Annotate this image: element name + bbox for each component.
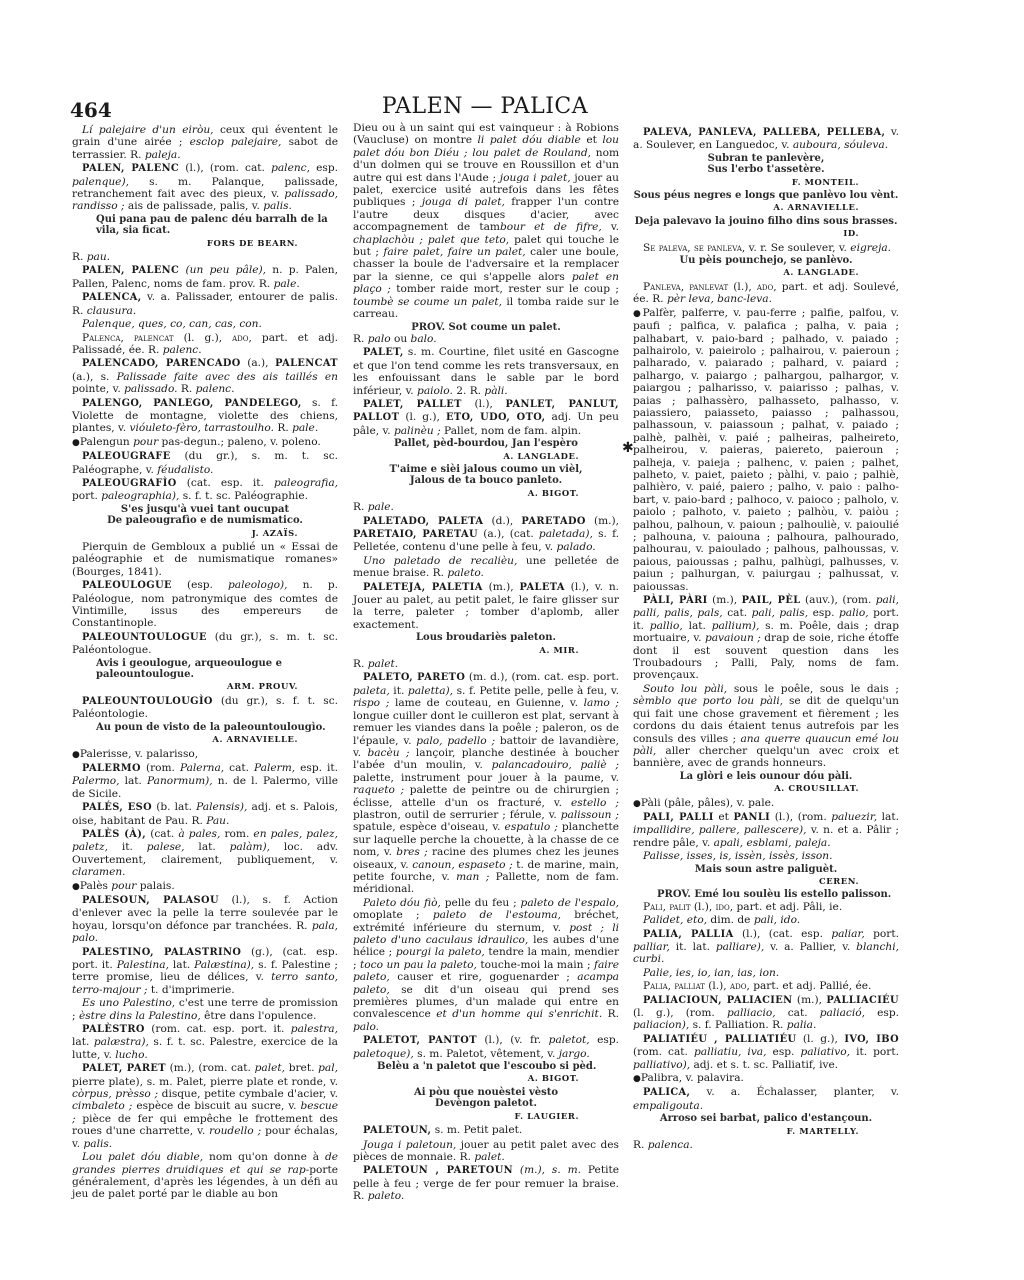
italic-text: paliacion),	[633, 1019, 689, 1031]
italic-text: palenc,	[271, 162, 310, 174]
body-text: et	[581, 134, 603, 146]
italic-text: palissoun ;	[561, 809, 619, 821]
citation-quote: T'aime e sièi jalous coumo un vièl,Jalou…	[353, 464, 619, 487]
citation-author: A. ARNAVIELLE.	[72, 733, 338, 745]
body-text: R.	[353, 333, 368, 345]
dictionary-entry: PALEN, PALENC (l.), (rom. cat. palenc, e…	[72, 162, 338, 213]
headword: PALESOUN, PALASOU	[82, 895, 219, 906]
dictionary-entry: Pierquin de Gembloux a publié un « Essai…	[72, 541, 338, 578]
italic-text: paliació,	[820, 1007, 865, 1019]
body-text: (m.),	[586, 515, 619, 527]
smallcaps-text: ido,	[716, 901, 733, 913]
italic-text: palissado.	[124, 383, 177, 395]
body-text: (d.),	[483, 515, 521, 527]
headword: IVO, IBO	[844, 1034, 899, 1045]
dictionary-entry: PALIA, PALLIA (l.), (cat. esp. paliar, p…	[633, 928, 899, 966]
italic-text: pau.	[87, 251, 110, 263]
body-text: s. m. Paletot, vêtement, v.	[414, 1048, 559, 1060]
running-head: PALEN — PALICA	[340, 94, 630, 119]
body-text: Palengun	[80, 436, 133, 448]
citation-quote: Au poun de visto de la paleountoulougìo.	[72, 722, 338, 733]
italic-text: Palerm,	[254, 762, 295, 774]
italic-text: palliatiu, iva,	[694, 1046, 767, 1058]
italic-text: canoun, espaseto ;	[412, 859, 512, 871]
headword: PALEOUNTOULOUGÌO	[82, 696, 213, 707]
italic-text: jouga di palet,	[422, 196, 505, 208]
body-text: cat.	[776, 1007, 820, 1019]
italic-text: (m.), s. m.	[513, 1164, 581, 1176]
italic-text: Palermo,	[72, 775, 119, 787]
italic-text: bacèu ;	[367, 747, 409, 759]
italic-text: et d'un homme qui s'enrichit.	[436, 1008, 602, 1020]
italic-text: cimbaleto ;	[72, 1100, 132, 1112]
italic-text: clausura.	[87, 305, 136, 317]
italic-text: Jouga i paletoun,	[363, 1139, 456, 1151]
headword: PALEN, PALENC	[82, 265, 179, 276]
dictionary-entry: PALIATIÉU , PALLIATIÉU (l. g.), IVO, IBO…	[633, 1033, 899, 1071]
body-text: (l.), (v. fr.	[477, 1034, 549, 1046]
dictionary-entry: Jouga i paletoun, jouer au petit palet a…	[353, 1139, 619, 1164]
body-text: (l.),	[691, 901, 716, 913]
italic-text: Panormum),	[147, 775, 213, 787]
body-text: Pàli (pâle, pâles), v. pale.	[641, 797, 774, 809]
citation-author: F. MARTELLY.	[633, 1125, 899, 1137]
dictionary-entry: Palisse, isses, is, issèn, issès, isson.	[633, 850, 899, 862]
body-text: port.	[865, 928, 899, 940]
headword: PALENCAT	[275, 358, 338, 369]
body-text: it. port.	[850, 1046, 899, 1058]
citation-author: FORS DE BEARN.	[72, 237, 338, 249]
italic-text: lucho.	[115, 1049, 148, 1061]
italic-text: còrpus, prèsso ;	[72, 1088, 158, 1100]
italic-text: Palisse, isses, is, issèn, issès, isson.	[643, 850, 833, 862]
smallcaps-text: Panleva, panlevat	[643, 281, 728, 293]
italic-text: pal,	[318, 1062, 338, 1074]
italic-text: paleja.	[145, 149, 181, 161]
citation-author: A. MIR.	[353, 644, 619, 656]
headword: PALÈS (À),	[82, 829, 146, 840]
headword: PANLI	[733, 812, 770, 823]
dictionary-entry: PALETO, PARETO (m. d.), (rom. cat. esp. …	[353, 671, 619, 895]
body-text: (rom. cat.	[633, 1046, 694, 1058]
body-text: (l.),	[462, 398, 506, 410]
italic-text: pèr leva, banc-leva.	[667, 293, 772, 305]
body-text: aller chercher quelqu'un avec croix et b…	[633, 745, 899, 769]
dictionary-entry: Palie, ies, io, ian, ias, ion.	[633, 967, 899, 979]
citation-quote: Avis i geoulogue, arqueoulogue e paleoun…	[72, 658, 338, 681]
body-text: (m. d.), (rom. cat. esp. port.	[465, 671, 619, 683]
italic-text: pourgi la paleto,	[396, 946, 485, 958]
column-left: Lí palejaire d'un eiròu, ceux qui évente…	[72, 124, 338, 1202]
italic-text: paletada),	[539, 528, 593, 540]
body-text: cat.	[723, 607, 752, 619]
italic-text: palet,	[255, 1062, 285, 1074]
italic-text: Palensis),	[196, 801, 247, 813]
body-text: v. a. Échalasser, planter, v.	[690, 1086, 899, 1098]
italic-text: pale.	[274, 278, 300, 290]
body-text: esp.	[310, 162, 338, 174]
italic-text: pale.	[292, 422, 318, 434]
dictionary-entry: PALEOULOGUE (esp. paleologo), n. p. Palé…	[72, 579, 338, 630]
dictionary-entry: PALEOUGRAFE (du gr.), s. m. t. sc. Paléo…	[72, 450, 338, 476]
italic-text: palinèu ;	[394, 425, 441, 437]
body-text: (l.), (cat. esp.	[734, 928, 832, 940]
body-text: (l.),	[728, 281, 757, 293]
body-text: R.	[353, 658, 368, 670]
citation-quote: Deja palevavo la jouino filho dins sous …	[633, 216, 899, 227]
body-text: R.	[72, 251, 87, 263]
bullet-entry: Palès pour palais.	[72, 880, 338, 893]
italic-text: faire palet, faire un palet,	[383, 246, 525, 258]
dictionary-entry: PALESTINO, PALASTRINO (g.), (cat. esp. p…	[72, 946, 338, 997]
headword: PALIACIOUN, PALIACIEN	[643, 995, 793, 1006]
dictionary-entry: PALET, PALLET (l.), PANLET, PANLUT, PALL…	[353, 398, 619, 437]
headword: PALETOT, PANTOT	[363, 1035, 477, 1046]
dictionary-entry: Lí palejaire d'un eiròu, ceux qui évente…	[72, 124, 338, 161]
italic-text: palet.	[474, 1151, 504, 1163]
body-text: lat.	[119, 775, 147, 787]
dictionary-entry: Se paleva, se panleva, v. r. Se soulever…	[633, 242, 899, 254]
italic-text: paleto.	[368, 1190, 405, 1202]
citation-author: J. AZAÏS.	[72, 527, 338, 539]
body-text: omoplate ;	[353, 909, 433, 921]
headword: PALETA	[519, 582, 564, 593]
headword: PALEOUNTOULOGUE	[82, 632, 207, 643]
body-text: (m.), (rom. cat.	[166, 1062, 255, 1074]
dictionary-entry: Lou palet dóu diable, nom qu'on donne à …	[72, 1151, 338, 1201]
headword: PARETADO	[521, 516, 585, 527]
citation-author: A. LANGLADE.	[353, 450, 619, 462]
italic-text: palenca.	[648, 1139, 693, 1151]
italic-text: Paleto dóu fiò,	[363, 897, 441, 909]
page-number: 464	[70, 98, 112, 122]
dictionary-entry: PALETOUN, s. m. Petit palet.	[353, 1124, 619, 1137]
body-text: v. a. Pallier, v.	[764, 941, 856, 953]
italic-text: palet.	[368, 658, 398, 670]
body-text: part. et adj. Pâli, ie.	[733, 901, 842, 913]
headword: PALEOULOGUE	[82, 580, 172, 591]
body-text: cat.	[224, 762, 254, 774]
smallcaps-text: ado,	[730, 980, 750, 992]
body-text: esp.	[808, 607, 839, 619]
headword: PALETOUN,	[363, 1125, 431, 1136]
dictionary-entry: PALICA, v. a. Échalasser, planter, v. em…	[633, 1086, 899, 1112]
italic-text: paleta,	[353, 685, 390, 697]
dictionary-entry: PALERMO (rom. Palerna, cat. Palerm, esp.…	[72, 762, 338, 800]
body-text: Palibra, v. palavira.	[641, 1072, 744, 1084]
body-text: (cat.	[146, 828, 178, 840]
italic-text: palo, padello ;	[416, 735, 495, 747]
citation-quote: Arroso sei barbat, palico d'estançoun.	[633, 1113, 899, 1124]
dictionary-entry: Palenque, ques, co, can, cas, con.	[72, 318, 338, 330]
headword: PALENCADO, PARENCADO	[82, 358, 241, 369]
headword: PALET,	[363, 347, 404, 358]
italic-text: sèmblo que porto lou pàli,	[633, 695, 783, 707]
dictionary-entry: R. palenca.	[633, 1139, 899, 1151]
body-text: (l.),	[705, 980, 730, 992]
italic-text: raqueto ;	[353, 784, 404, 796]
italic-text: palia.	[787, 1019, 817, 1031]
dictionary-entry: R. palo ou balo.	[353, 333, 619, 345]
bullet-entry: Palerisse, v. palarisso,	[72, 748, 338, 761]
body-text: s. f. Petite pelle, pelle à feu, v.	[453, 685, 619, 697]
italic-text: pale.	[368, 501, 394, 513]
headword: PALETADO, PALETA	[363, 516, 483, 527]
italic-text: bour et de fifre,	[500, 221, 602, 233]
body-text: spatule, espèce d'oiseau, v.	[353, 821, 505, 833]
body-text: dim. de	[707, 914, 754, 926]
smallcaps-text: Se paleva, se panleva,	[643, 242, 745, 254]
column-right: PALEVA, PANLEVA, PALLEBA, PELLEBA, v. a.…	[633, 126, 899, 1153]
body-text: causer et rire, goguenarder ;	[390, 971, 578, 983]
body-text: (l. g.),	[796, 1033, 844, 1045]
body-text: (cat. esp. it.	[177, 477, 274, 489]
body-text: Pallet, nom de fam. alpin.	[441, 425, 582, 437]
body-text: (m.),	[483, 581, 520, 593]
body-text: palais.	[136, 880, 174, 892]
italic-text: palo	[368, 333, 391, 345]
italic-text: rispo ;	[353, 697, 389, 709]
citation-author: ARM. PROUV.	[72, 680, 338, 692]
body-text: (l. g.),	[399, 411, 446, 423]
body-text: v.	[602, 221, 619, 233]
body-text: (m.),	[708, 594, 742, 606]
body-text: lame de couteau, en Guienne, v.	[389, 697, 583, 709]
dictionary-entry: R. palet.	[353, 658, 619, 670]
body-text: (rom.	[141, 762, 180, 774]
body-text: s. f. Palliation. R.	[689, 1019, 787, 1031]
dictionary-entry: PALET, s. m. Courtine, filet usité en Ga…	[353, 346, 619, 397]
italic-text: paliativo,	[800, 1046, 850, 1058]
dictionary-entry: Palidet, eto, dim. de pali, ido.	[633, 914, 899, 926]
body-text: Palerisse, v. palarisso,	[80, 748, 198, 760]
italic-text: eigreja.	[850, 242, 891, 254]
citation-author: A. ARNAVIELLE.	[633, 201, 899, 213]
dictionary-entry: PALIACIOUN, PALIACIEN (m.), PALLIACIÉU (…	[633, 994, 899, 1032]
body-text: (a.),	[241, 357, 275, 369]
citation-quote: PROV. Sot coume un palet.	[353, 322, 619, 333]
italic-text: Es uno Palestino,	[82, 997, 175, 1009]
column-middle: Dieu ou à un saint qui est vainqueur : à…	[353, 122, 619, 1204]
body-text: esp.	[590, 1034, 619, 1046]
dictionary-entry: PALET, PARET (m.), (rom. cat. palet, bre…	[72, 1062, 338, 1150]
headword: PALÉS, ESO	[82, 802, 152, 813]
body-text: (rom. cat. esp. port. it.	[145, 1023, 291, 1035]
italic-text: li palet dóu diable	[478, 134, 581, 146]
italic-text: Pau.	[206, 815, 229, 827]
body-text: pelle du feu ;	[441, 897, 521, 909]
italic-text: pour	[111, 880, 136, 892]
body-text: R.	[353, 501, 368, 513]
body-text: pointe, v.	[72, 383, 124, 395]
dictionary-entry: PALENCA, v. a. Palissader, entourer de p…	[72, 291, 338, 317]
body-text: nom qu'on donne à	[203, 1151, 325, 1163]
dictionary-entry: PALI, PALLI et PANLI (l.), (rom. paluezi…	[633, 811, 899, 849]
italic-text: Lou palet dóu diable,	[82, 1151, 203, 1163]
body-text: it.	[108, 841, 147, 853]
body-text: (a.), s.	[72, 371, 117, 383]
dictionary-entry: PALEOUNTOULOUGÌO (du gr.), s. f. t. sc. …	[72, 695, 338, 721]
headword: PALESTINO, PALASTRINO	[82, 947, 241, 958]
body-text: it. lat.	[670, 941, 716, 953]
dictionary-entry: Es uno Palestino, c'est une terre de pro…	[72, 997, 338, 1022]
italic-text: palo.	[353, 1021, 379, 1033]
dictionary-entry: PALÈS (À), (cat. à pales, rom. en pales,…	[72, 828, 338, 879]
body-text: ou	[391, 333, 411, 345]
italic-text: auboura, sóuleva.	[793, 139, 888, 151]
body-text: être dans l'opulence.	[201, 1010, 317, 1022]
italic-text: paleto.	[447, 567, 484, 579]
italic-text: empaligouta.	[633, 1100, 703, 1112]
dictionary-entry: PÀLI, PÀRI (m.), PAIL, PÈL (auv.), (rom.…	[633, 594, 899, 682]
body-text: adj. et s. t. sc. Palliatif, ive.	[690, 1059, 838, 1071]
dictionary-entry: PALENCADO, PARENCADO (a.), PALENCAT (a.)…	[72, 357, 338, 395]
headword: PALET, PARET	[82, 1063, 166, 1074]
italic-text: Souto lou pàli,	[643, 683, 727, 695]
headword: PALEN, PALENC	[82, 163, 179, 174]
citation-quote: PROV. Emé lou soulèu lis estello palisso…	[633, 889, 899, 900]
body-text: lat.	[72, 1036, 94, 1048]
headword: PALI, PALLI	[643, 812, 714, 823]
headword: PALÈSTRO	[82, 1024, 145, 1035]
italic-text: palàm),	[230, 841, 270, 853]
italic-text: palenc.	[163, 344, 202, 356]
body-text: v. r. Se soulever, v.	[745, 242, 850, 254]
headword: PALETOUN , PARETOUN	[363, 1165, 513, 1176]
body-text: (l. g.),	[174, 332, 233, 344]
smallcaps-text: ado,	[232, 332, 252, 344]
italic-text: pour	[133, 436, 158, 448]
italic-text: paletta),	[408, 685, 453, 697]
headword: PALERMO	[82, 763, 141, 774]
body-text: rom.	[220, 828, 253, 840]
italic-text: palestra,	[291, 1023, 338, 1035]
italic-text: man ;	[456, 871, 489, 883]
headword: PALLIACIÉU	[826, 995, 899, 1006]
headword: PARETAIO, PARETAU	[353, 529, 478, 540]
italic-text: pallio,	[650, 620, 683, 632]
italic-text: paleologo),	[228, 579, 288, 591]
body-text: (a.), (cat.	[478, 528, 539, 540]
body-text: esp.	[767, 1046, 801, 1058]
italic-text: paleto de l'espalo,	[521, 897, 619, 909]
headword: PALEOUGRAFÌO	[82, 478, 177, 489]
smallcaps-text: ado,	[757, 281, 777, 293]
body-text: tomber raide mort, rester sur le coup ;	[391, 283, 619, 295]
citation-author: A. LANGLADE.	[633, 266, 899, 278]
dictionary-entry: PALEVA, PANLEVA, PALLEBA, PELLEBA, v. a.…	[633, 126, 899, 152]
body-text: it.	[390, 685, 408, 697]
italic-text: pavaioun ;	[705, 632, 761, 644]
italic-text: palis.	[263, 200, 292, 212]
headword: PALET, PALLET	[363, 399, 462, 410]
headword: PALENCA,	[82, 292, 142, 303]
body-text: touche-moi la main ;	[477, 959, 594, 971]
smallcaps-text: Palenca, palencat	[82, 332, 174, 344]
dictionary-entry: Panleva, panlevat (l.), ado, part. et ad…	[633, 281, 899, 306]
body-text: sous le poêle, sous le dais ;	[727, 683, 899, 695]
citation-author: ID.	[633, 227, 899, 239]
headword: PALEVA, PANLEVA, PALLEBA, PELLEBA,	[643, 127, 885, 138]
dictionary-entry: Palia, palliat (l.), ado, part. et adj. …	[633, 980, 899, 992]
citation-author: F. MONTEIL.	[633, 176, 899, 188]
smallcaps-text: Palia, palliat	[643, 980, 705, 992]
body-text: esp.	[865, 1007, 899, 1019]
italic-text: Uno paletado de recalièu,	[363, 555, 517, 567]
body-text: et	[714, 811, 734, 823]
dictionary-entry: PALÈSTRO (rom. cat. esp. port. it. pales…	[72, 1023, 338, 1061]
body-text: lat.	[169, 959, 194, 971]
headword: PALETEJA, PALETIA	[363, 582, 483, 593]
bullet-entry: Palfèr, palferre, v. pau-ferre ; palfie,…	[633, 307, 899, 593]
italic-text: toco un pau la paleto,	[360, 959, 477, 971]
italic-text: Palie, ies, io, ian, ias, ion.	[643, 967, 779, 979]
italic-text: pali, ido.	[754, 914, 800, 926]
body-text: Palès	[80, 880, 111, 892]
citation-quote: Uu pèis pounchejo, se panlèvo.	[633, 255, 899, 266]
italic-text: Palestina,	[117, 959, 169, 971]
body-text: Palfèr, palferre, v. pau-ferre ; palfie,…	[633, 307, 899, 593]
dictionary-entry: Paleto dóu fiò, pelle du feu ; paleto de…	[353, 897, 619, 1033]
body-text: R.	[274, 422, 292, 434]
dictionary-entry: PALEN, PALENC (un peu pâle), n. p. Palen…	[72, 264, 338, 290]
body-text: pierre plate), s. m. Palet, pierre plate…	[72, 1076, 338, 1088]
italic-text: Lí palejaire d'un eiròu,	[82, 124, 214, 136]
citation-author: A. BIGOT.	[353, 487, 619, 499]
italic-text: palæstra),	[94, 1036, 149, 1048]
body-text: (l.), (rom.	[770, 811, 831, 823]
citation-quote: Sous péus negres e longs que panlèvo lou…	[633, 190, 899, 201]
italic-text: paleografia,	[274, 477, 338, 489]
italic-text: pallium),	[712, 620, 760, 632]
italic-text: balo.	[411, 333, 437, 345]
body-text: bret.	[285, 1062, 318, 1074]
italic-text: lamo ;	[584, 697, 619, 709]
italic-text: èstre dins la Palestino,	[79, 1010, 201, 1022]
dictionary-entry: PALETOUN , PARETOUN (m.), s. m. Petite p…	[353, 1164, 619, 1202]
headword: PÀLI, PÀRI	[643, 595, 708, 606]
italic-text: palenque),	[72, 176, 129, 188]
body-text: (auv.), (rom.	[801, 594, 876, 606]
headword: PALIA, PALLIA	[643, 929, 734, 940]
body-text: lat.	[877, 811, 899, 823]
italic-text: toumbè se coume un palet,	[353, 296, 502, 308]
italic-text: impallidire, pallere, pallescere),	[633, 824, 807, 836]
bullet-entry: Pàli (pâle, pâles), v. pale.	[633, 797, 899, 810]
citation-author: A. CROUSILLAT.	[633, 782, 899, 794]
body-text: 2. R.	[453, 385, 485, 397]
dictionary-entry: PALETADO, PALETA (d.), PARETADO (m.), PA…	[353, 515, 619, 554]
italic-text: Palæstina),	[194, 959, 254, 971]
body-text: (l. g.), (rom.	[633, 1007, 727, 1019]
headword: PAIL, PÈL	[742, 595, 801, 606]
dictionary-entry: PALETOT, PANTOT (l.), (v. fr. paletot, e…	[353, 1034, 619, 1060]
italic-text: féudalisto.	[157, 464, 213, 476]
bullet-entry: Palengun pour pas-degun.; paleno, v. pol…	[72, 436, 338, 449]
italic-text: Palidet, eto,	[643, 914, 707, 926]
dictionary-entry: PALETEJA, PALETIA (m.), PALETA (l.), v. …	[353, 581, 619, 632]
italic-text: paliar,	[831, 928, 864, 940]
dictionary-entry: PALEOUGRAFÌO (cat. esp. it. paleografia,…	[72, 477, 338, 503]
italic-text: palliativo),	[633, 1059, 690, 1071]
body-text: (b. lat.	[152, 801, 196, 813]
italic-text: Palerna,	[180, 762, 224, 774]
italic-text: esclop palejaire,	[190, 136, 282, 148]
body-text: disque, petite cymbale d'acier, v.	[158, 1088, 338, 1100]
italic-text: palis.	[83, 1138, 112, 1150]
body-text: R.	[178, 383, 196, 395]
italic-text: palliacio,	[727, 1007, 776, 1019]
